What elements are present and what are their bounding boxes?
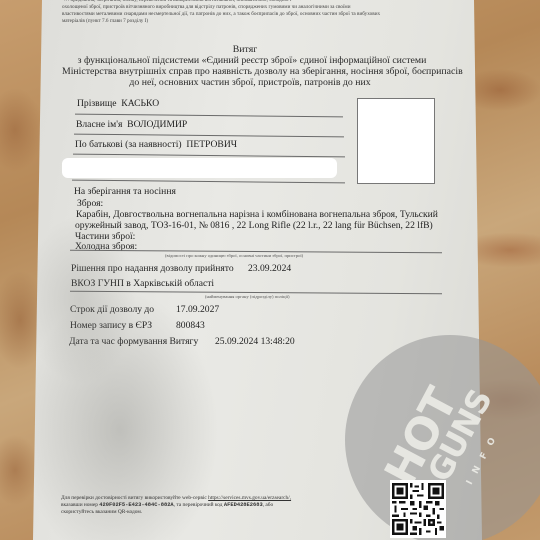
weapon-description-line: оружейный завод, ТОЗ-16-01, № 0816 , 22 … — [75, 220, 433, 231]
surname-field: Прізвище КАСЬКО — [77, 98, 159, 109]
generated-label: Дата та час формування Витягу — [69, 336, 198, 347]
weapon-label: Зброя: — [77, 198, 103, 209]
preamble-line: охолощеної зброї, пристроїв вітчизняного… — [62, 4, 351, 11]
authority-name: ВКОЗ ГУНП в Харківській області — [71, 278, 214, 289]
surname-label: Прізвище — [77, 98, 117, 109]
validity-label: Строк дії дозволу до — [70, 304, 154, 315]
surname-value: КАСЬКО — [121, 98, 159, 109]
document-subtitle-line: до неї, основних частин зброї, пристроїв… — [60, 77, 440, 88]
preamble-line: матеріалів (пункт 7.6 глави 7 розділу I) — [62, 18, 148, 25]
record-label: Номер запису в ЄРЗ — [70, 320, 152, 331]
redacted-field — [62, 158, 337, 178]
footer-or: , або — [263, 502, 274, 508]
document-title: Витяг — [55, 44, 435, 55]
preamble-line: властивостями металевими снарядами несме… — [62, 11, 380, 18]
footer-line-1: Для перевірки достовірності витягу викор… — [61, 495, 291, 502]
patronymic-field: По батькові (за наявності) ПЕТРОВИЧ — [75, 139, 237, 150]
footer-verify-text: Для перевірки достовірності витягу викор… — [61, 495, 207, 501]
name-field: Власне ім'я ВОЛОДИМИР — [76, 119, 187, 130]
document-subtitle-line: Міністерства внутрішніх справ про наявні… — [62, 66, 442, 77]
name-value: ВОЛОДИМИР — [127, 119, 187, 130]
qr-code-icon[interactable] — [390, 480, 446, 538]
validity-date: 17.09.2027 — [176, 304, 219, 315]
permit-type: На зберігання та носіння — [74, 186, 176, 197]
document-subtitle-line: з функціональної підсистеми «Єдиний реєс… — [62, 55, 442, 66]
decision-date: 23.09.2024 — [248, 263, 291, 274]
name-label: Власне ім'я — [76, 119, 122, 130]
document-id: 420F02F5-E423-484C-882A — [99, 502, 173, 508]
footer-number-label: вказавши номер — [61, 502, 98, 508]
authority-caption: (найменування органу (підрозділу) поліці… — [205, 294, 290, 299]
verify-link[interactable]: https://services.mvs.gov.ua/erzsearch/, — [208, 495, 291, 501]
weapon-caption: (відомості про кожну одиницю зброї, осно… — [165, 253, 303, 258]
patronymic-value: ПЕТРОВИЧ — [186, 139, 237, 150]
decision-label: Рішення про надання дозволу прийнято — [71, 263, 234, 274]
patronymic-label: По батькові (за наявності) — [75, 139, 182, 150]
record-number: 800843 — [176, 320, 205, 331]
generated-datetime: 25.09.2024 13:48:20 — [215, 336, 295, 347]
check-code: AFED428E2683 — [224, 502, 263, 508]
footer-code-label: , та перевірочний код — [174, 502, 223, 508]
qr-code-graphic — [390, 480, 446, 538]
footer-line-2: вказавши номер 420F02F5-E423-484C-882A, … — [61, 502, 273, 509]
redacted-photo — [360, 100, 422, 182]
weapon-description-line: Карабін, Довгоствольна вогнепальна наріз… — [76, 209, 438, 220]
footer-line-3: скористуйтесь вказаним QR-кодом. — [61, 509, 142, 516]
